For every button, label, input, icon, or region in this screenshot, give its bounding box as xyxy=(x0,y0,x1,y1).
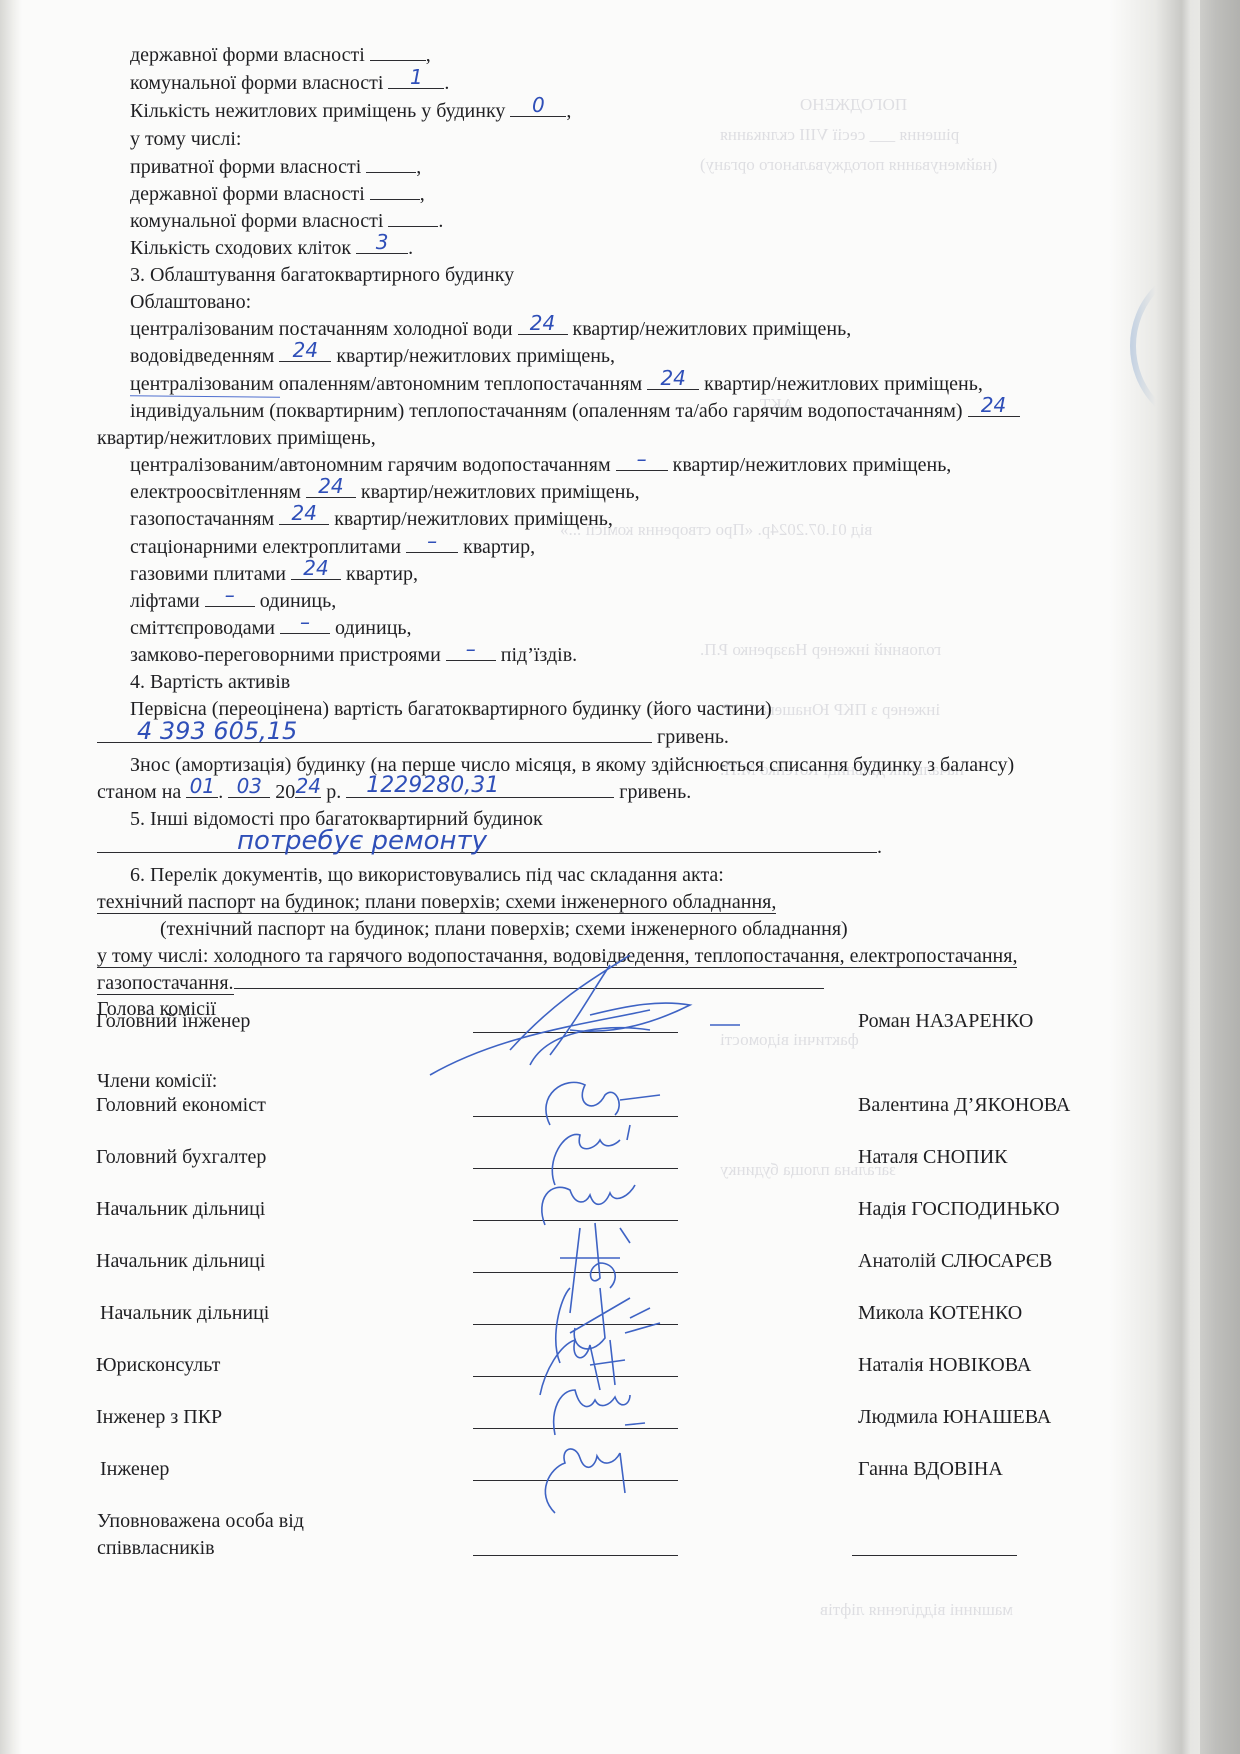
private-line: приватної форми власності , xyxy=(130,154,421,180)
as-of-day-field[interactable]: 01 xyxy=(186,779,218,798)
depreciation-value-field[interactable]: 1229280,31 xyxy=(346,779,614,798)
elevators-field[interactable]: – xyxy=(205,588,255,607)
utility-row-cold-water: централізованим постачанням холодної вод… xyxy=(130,316,851,342)
depreciation-line: станом на 01. 03 2024 р. 1229280,31 грив… xyxy=(97,779,691,805)
state-owned-line: державної форми власності , xyxy=(130,42,431,68)
nonresidential-count-field[interactable]: 0 xyxy=(510,98,566,117)
equipped-label: Облаштовано: xyxy=(130,289,251,315)
commission-members-label: Члени комісії: xyxy=(97,1068,217,1094)
garbage-chutes-field[interactable]: – xyxy=(280,615,330,634)
state-owned-field[interactable] xyxy=(370,42,426,61)
signature-vdovina xyxy=(525,1438,645,1518)
cold-water-field[interactable]: 24 xyxy=(518,316,568,335)
co-owners-label-line2: співвласників xyxy=(97,1535,215,1561)
communal-owned-line: комунальної форми власності 1. xyxy=(130,70,449,96)
section3-title: 3. Облаштування багатоквартирного будинк… xyxy=(130,262,514,288)
bleed-through-text: ПОГОДЖЕНО xyxy=(800,95,907,115)
electric-lighting-field[interactable]: 24 xyxy=(306,479,356,498)
utility-row-gas-supply: газопостачанням 24 квартир/нежитлових пр… xyxy=(130,506,613,532)
state-line: державної форми власності , xyxy=(130,181,425,207)
sewerage-field[interactable]: 24 xyxy=(279,343,331,362)
utility-row-intercoms: замково-переговорними пристроями – під’ї… xyxy=(130,642,577,668)
signature-nazarenko xyxy=(420,955,740,1085)
documents-value: технічний паспорт на будинок; плани пове… xyxy=(97,889,776,915)
bleed-through-text: рішення ___ сесії VIII скликання xyxy=(720,125,959,145)
other-info-line: потребує ремонту. xyxy=(97,834,882,860)
gas-supply-field[interactable]: 24 xyxy=(279,506,329,525)
utility-row-electric-lighting: електроосвітленням 24 квартир/нежитлових… xyxy=(130,479,640,505)
co-owners-name-line[interactable] xyxy=(852,1555,1017,1556)
co-owners-label-line1: Уповноважена особа від xyxy=(97,1508,304,1534)
utility-row-sewerage: водовідведенням 24 квартир/нежитлових пр… xyxy=(130,343,615,369)
utility-row-hot-water: централізованим/автономним гарячим водоп… xyxy=(130,452,951,478)
stairwells-line: Кількість сходових кліток 3. xyxy=(130,235,413,261)
initial-value-field[interactable]: 4 393 605,15 xyxy=(97,724,652,743)
utility-row-individual-heating-suffix: квартир/нежитлових приміщень, xyxy=(97,425,376,451)
including-label: у тому числі: xyxy=(130,126,241,152)
utility-row-individual-heating: індивідуальним (поквартирним) теплопоста… xyxy=(130,398,1020,424)
as-of-month-field[interactable]: 03 xyxy=(228,779,270,798)
utility-row-garbage-chutes: сміттєпроводами – одиниць, xyxy=(130,615,412,641)
bleed-through-text: (найменування погоджувального органу) xyxy=(700,155,997,175)
documents-hint: (технічний паспорт на будинок; плани пов… xyxy=(160,916,848,942)
section6-title: 6. Перелік документів, що використовувал… xyxy=(130,862,724,888)
communal-owned-field[interactable]: 1 xyxy=(388,70,444,89)
nonresidential-count-line: Кількість нежитлових приміщень у будинку… xyxy=(130,98,571,124)
electric-stoves-field[interactable]: – xyxy=(406,534,458,553)
utility-row-central-heating: централізованим опаленням/автономним теп… xyxy=(130,371,983,397)
communal-field[interactable] xyxy=(388,208,438,227)
co-owners-signature-line[interactable] xyxy=(473,1555,678,1556)
scan-fold-shadow xyxy=(1200,0,1240,1754)
private-field[interactable] xyxy=(366,154,416,173)
scanned-page: ПОГОДЖЕНО рішення ___ сесії VIII скликан… xyxy=(0,0,1240,1754)
initial-value-line: 4 393 605,15 гривень. xyxy=(97,724,729,750)
individual-heating-field[interactable]: 24 xyxy=(968,398,1020,417)
scan-left-edge xyxy=(0,0,22,1754)
signature-yunasheva xyxy=(535,1385,655,1445)
gas-stoves-field[interactable]: 24 xyxy=(291,561,341,580)
hot-water-field[interactable]: – xyxy=(616,452,668,471)
bleed-through-text: головний інженер Назаренко Р.П. xyxy=(700,640,941,660)
as-of-year-field[interactable]: 24 xyxy=(295,779,321,798)
stairwells-field[interactable]: 3 xyxy=(356,235,408,254)
other-info-field[interactable]: потребує ремонту xyxy=(97,834,877,853)
bleed-through-text: машинні відділення ліфтів xyxy=(820,1600,1013,1620)
central-heating-field[interactable]: 24 xyxy=(647,371,699,390)
utility-row-gas-stoves: газовими плитами 24 квартир, xyxy=(130,561,418,587)
state-field[interactable] xyxy=(370,181,420,200)
section4-title: 4. Вартість активів xyxy=(130,669,290,695)
intercoms-field[interactable]: – xyxy=(446,642,496,661)
